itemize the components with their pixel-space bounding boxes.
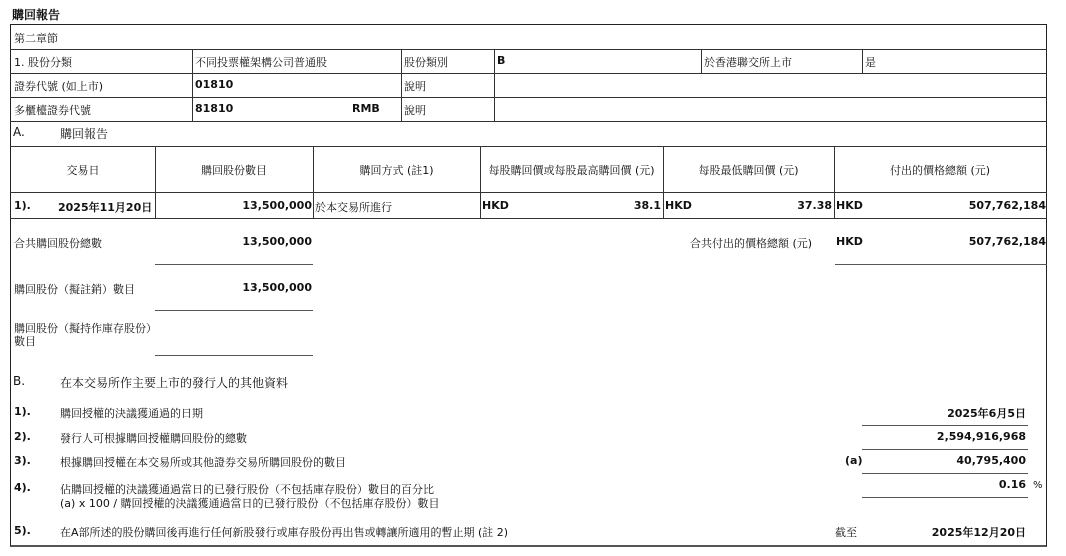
divider bbox=[480, 146, 481, 218]
row-total: 507,762,184 bbox=[900, 199, 1046, 212]
row-total-currency: HKD bbox=[836, 199, 863, 212]
item-prefix: (a) bbox=[845, 454, 862, 467]
row-low-price: 37.38 bbox=[740, 199, 832, 212]
item-value: 2025年6月5日 bbox=[862, 405, 1026, 421]
divider bbox=[862, 49, 863, 73]
item-label: 購回授權的決議獲通過的日期 bbox=[60, 405, 203, 421]
divider bbox=[701, 49, 702, 73]
multi-counter-currency: RMB bbox=[352, 102, 380, 115]
share-class-value: 不同投票權架構公司普通股 bbox=[195, 54, 327, 70]
divider bbox=[401, 49, 402, 121]
total-shares-value: 13,500,000 bbox=[156, 235, 312, 248]
item-label-cont: (a) x 100 / 購回授權的決議獲通過當日的已發行股份（不包括庫存股份）數… bbox=[60, 495, 440, 511]
underline bbox=[862, 425, 1028, 426]
description-label: 說明 bbox=[404, 102, 426, 118]
item-value: 2025年12月20日 bbox=[862, 524, 1026, 540]
row-date: 2025年11月20日 bbox=[58, 199, 152, 215]
divider bbox=[10, 192, 1047, 193]
row-high-price: 38.1 bbox=[560, 199, 661, 212]
divider bbox=[663, 146, 664, 218]
col-header-total: 付出的價格總額 (元) bbox=[835, 162, 1045, 178]
divider bbox=[10, 146, 1047, 147]
share-type-value: B bbox=[497, 54, 505, 67]
multi-counter-value: 81810 bbox=[195, 102, 233, 115]
item-index: 2). bbox=[14, 430, 31, 443]
item-index: 5). bbox=[14, 524, 31, 537]
divider bbox=[10, 218, 1047, 219]
col-header-method: 購回方式 (註1) bbox=[314, 162, 479, 178]
page-title: 購回報告 bbox=[12, 6, 60, 23]
total-paid-value: 507,762,184 bbox=[900, 235, 1046, 248]
underline bbox=[862, 473, 1028, 474]
underline bbox=[155, 310, 313, 311]
percent-sign: % bbox=[1033, 480, 1043, 491]
item-index: 3). bbox=[14, 454, 31, 467]
share-class-label: 1. 股份分類 bbox=[14, 54, 72, 70]
total-paid-currency: HKD bbox=[836, 235, 863, 248]
section-a-letter: A. bbox=[13, 125, 25, 139]
cancel-shares-label: 購回股份（擬註銷）數目 bbox=[14, 281, 135, 297]
chapter-label: 第二章節 bbox=[14, 30, 58, 46]
divider bbox=[192, 49, 193, 121]
section-b-title: 在本交易所作主要上市的發行人的其他資料 bbox=[60, 374, 288, 391]
hkex-listed-label: 於香港聯交所上市 bbox=[704, 54, 792, 70]
row-high-currency: HKD bbox=[482, 199, 509, 212]
underline bbox=[155, 264, 313, 265]
description-label: 說明 bbox=[404, 78, 426, 94]
item-value: 2,594,916,968 bbox=[862, 430, 1026, 443]
total-paid-label: 合共付出的價格總額 (元) bbox=[690, 235, 812, 251]
divider bbox=[155, 146, 156, 218]
item-prefix: 截至 bbox=[835, 524, 857, 540]
cancel-shares-value: 13,500,000 bbox=[156, 281, 312, 294]
item-label: 在A部所述的股份購回後再進行任何新股發行或庫存股份再出售或轉讓所適用的暫止期 (… bbox=[60, 524, 508, 540]
underline bbox=[862, 449, 1028, 450]
divider bbox=[313, 146, 314, 218]
item-index: 1). bbox=[14, 405, 31, 418]
row-index: 1). bbox=[14, 199, 31, 212]
share-type-label: 股份類別 bbox=[404, 54, 448, 70]
row-method: 於本交易所進行 bbox=[315, 199, 392, 215]
divider bbox=[494, 49, 495, 121]
hkex-listed-value: 是 bbox=[865, 54, 876, 70]
col-header-low-price: 每股最低購回價 (元) bbox=[664, 162, 833, 178]
stock-code-label: 證券代號 (如上市) bbox=[14, 78, 103, 94]
underline bbox=[862, 497, 1028, 498]
row-shares: 13,500,000 bbox=[156, 199, 312, 212]
section-b-letter: B. bbox=[13, 374, 25, 388]
total-shares-label: 合共購回股份總數 bbox=[14, 235, 102, 251]
section-a-title: 購回報告 bbox=[60, 125, 108, 142]
divider bbox=[10, 97, 1047, 98]
stock-code-value: 01810 bbox=[195, 78, 233, 91]
divider bbox=[834, 146, 835, 218]
divider bbox=[10, 73, 1047, 74]
treasury-shares-label-cont: 數目 bbox=[14, 333, 36, 349]
item-label: 根據購回授權在本交易所或其他證券交易所購回股份的數目 bbox=[60, 454, 346, 470]
underline bbox=[155, 355, 313, 356]
underline bbox=[835, 264, 1047, 265]
item-index: 4). bbox=[14, 481, 31, 494]
multi-counter-label: 多櫃檯證券代號 bbox=[14, 102, 91, 118]
divider bbox=[10, 49, 1047, 50]
col-header-high-price: 每股購回價或每股最高購回價 (元) bbox=[481, 162, 662, 178]
item-value: 0.16 bbox=[862, 478, 1026, 491]
col-header-shares: 購回股份數目 bbox=[156, 162, 312, 178]
divider bbox=[10, 121, 1047, 122]
item-label: 發行人可根據購回授權購回股份的總數 bbox=[60, 430, 247, 446]
col-header-date: 交易日 bbox=[12, 162, 154, 178]
item-value: 40,795,400 bbox=[862, 454, 1026, 467]
row-low-currency: HKD bbox=[665, 199, 692, 212]
